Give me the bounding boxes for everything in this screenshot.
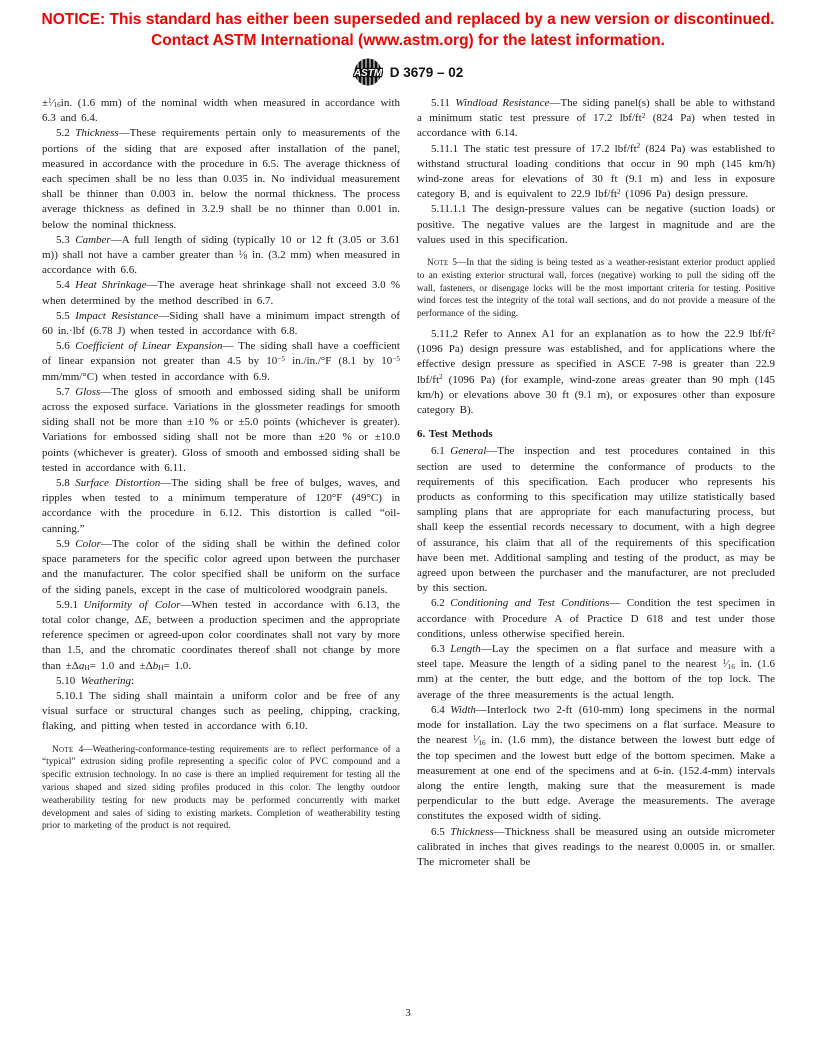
paragraph: 5.9 Color—The color of the siding shall … (42, 537, 400, 598)
paragraph: 6.1 General—The inspection and test proc… (417, 444, 775, 596)
paragraph: 5.3 Camber—A full length of siding (typi… (42, 233, 400, 279)
text-columns: ±1⁄16in. (1.6 mm) of the nominal width w… (42, 96, 775, 870)
paragraph: 6.4 Width—Interlock two 2-ft (610-mm) lo… (417, 703, 775, 825)
notice-line-2: Contact ASTM International (www.astm.org… (0, 30, 816, 51)
section-heading: 6. Test Methods (417, 427, 775, 442)
paragraph: 6.3 Length—Lay the specimen on a flat su… (417, 642, 775, 703)
right-column: 5.11 Windload Resistance—The siding pane… (417, 96, 775, 870)
paragraph: 5.5 Impact Resistance—Siding shall have … (42, 309, 400, 339)
paragraph: 5.10 Weathering: (42, 674, 400, 689)
paragraph: 6.2 Conditioning and Test Conditions— Co… (417, 596, 775, 642)
paragraph: 6.5 Thickness—Thickness shall be measure… (417, 825, 775, 871)
paragraph: 5.11 Windload Resistance—The siding pane… (417, 96, 775, 142)
paragraph: 5.11.1.1 The design-pressure values can … (417, 202, 775, 248)
paragraph: 5.4 Heat Shrinkage—The average heat shri… (42, 278, 400, 308)
paragraph: 5.11.2 Refer to Annex A1 for an explanat… (417, 327, 775, 418)
note-paragraph: Note 5—In that the siding is being teste… (417, 257, 775, 321)
notice-line-1: NOTICE: This standard has either been su… (0, 9, 816, 30)
paragraph: 5.2 Thickness—These requirements pertain… (42, 126, 400, 232)
astm-logo: ASTM (353, 57, 383, 87)
left-column: ±1⁄16in. (1.6 mm) of the nominal width w… (42, 96, 400, 870)
paragraph: 5.10.1 The siding shall maintain a unifo… (42, 689, 400, 735)
discontinuation-notice: NOTICE: This standard has either been su… (0, 9, 816, 51)
svg-text:ASTM: ASTM (353, 68, 383, 79)
standard-header: ASTM D 3679 – 02 (0, 56, 816, 88)
standard-designation: D 3679 – 02 (390, 65, 464, 80)
page-number: 3 (0, 1007, 816, 1019)
paragraph: ±1⁄16in. (1.6 mm) of the nominal width w… (42, 96, 400, 126)
document-page: NOTICE: This standard has either been su… (0, 0, 816, 1056)
paragraph: 5.7 Gloss—The gloss of smooth and emboss… (42, 385, 400, 476)
paragraph: 5.11.1 The static test pressure of 17.2 … (417, 142, 775, 203)
paragraph: 5.6 Coefficient of Linear Expansion— The… (42, 339, 400, 385)
paragraph: 5.8 Surface Distortion—The siding shall … (42, 476, 400, 537)
note-paragraph: Note 4—Weathering-conformance-testing re… (42, 744, 400, 834)
paragraph: 5.9.1 Uniformity of Color—When tested in… (42, 598, 400, 674)
